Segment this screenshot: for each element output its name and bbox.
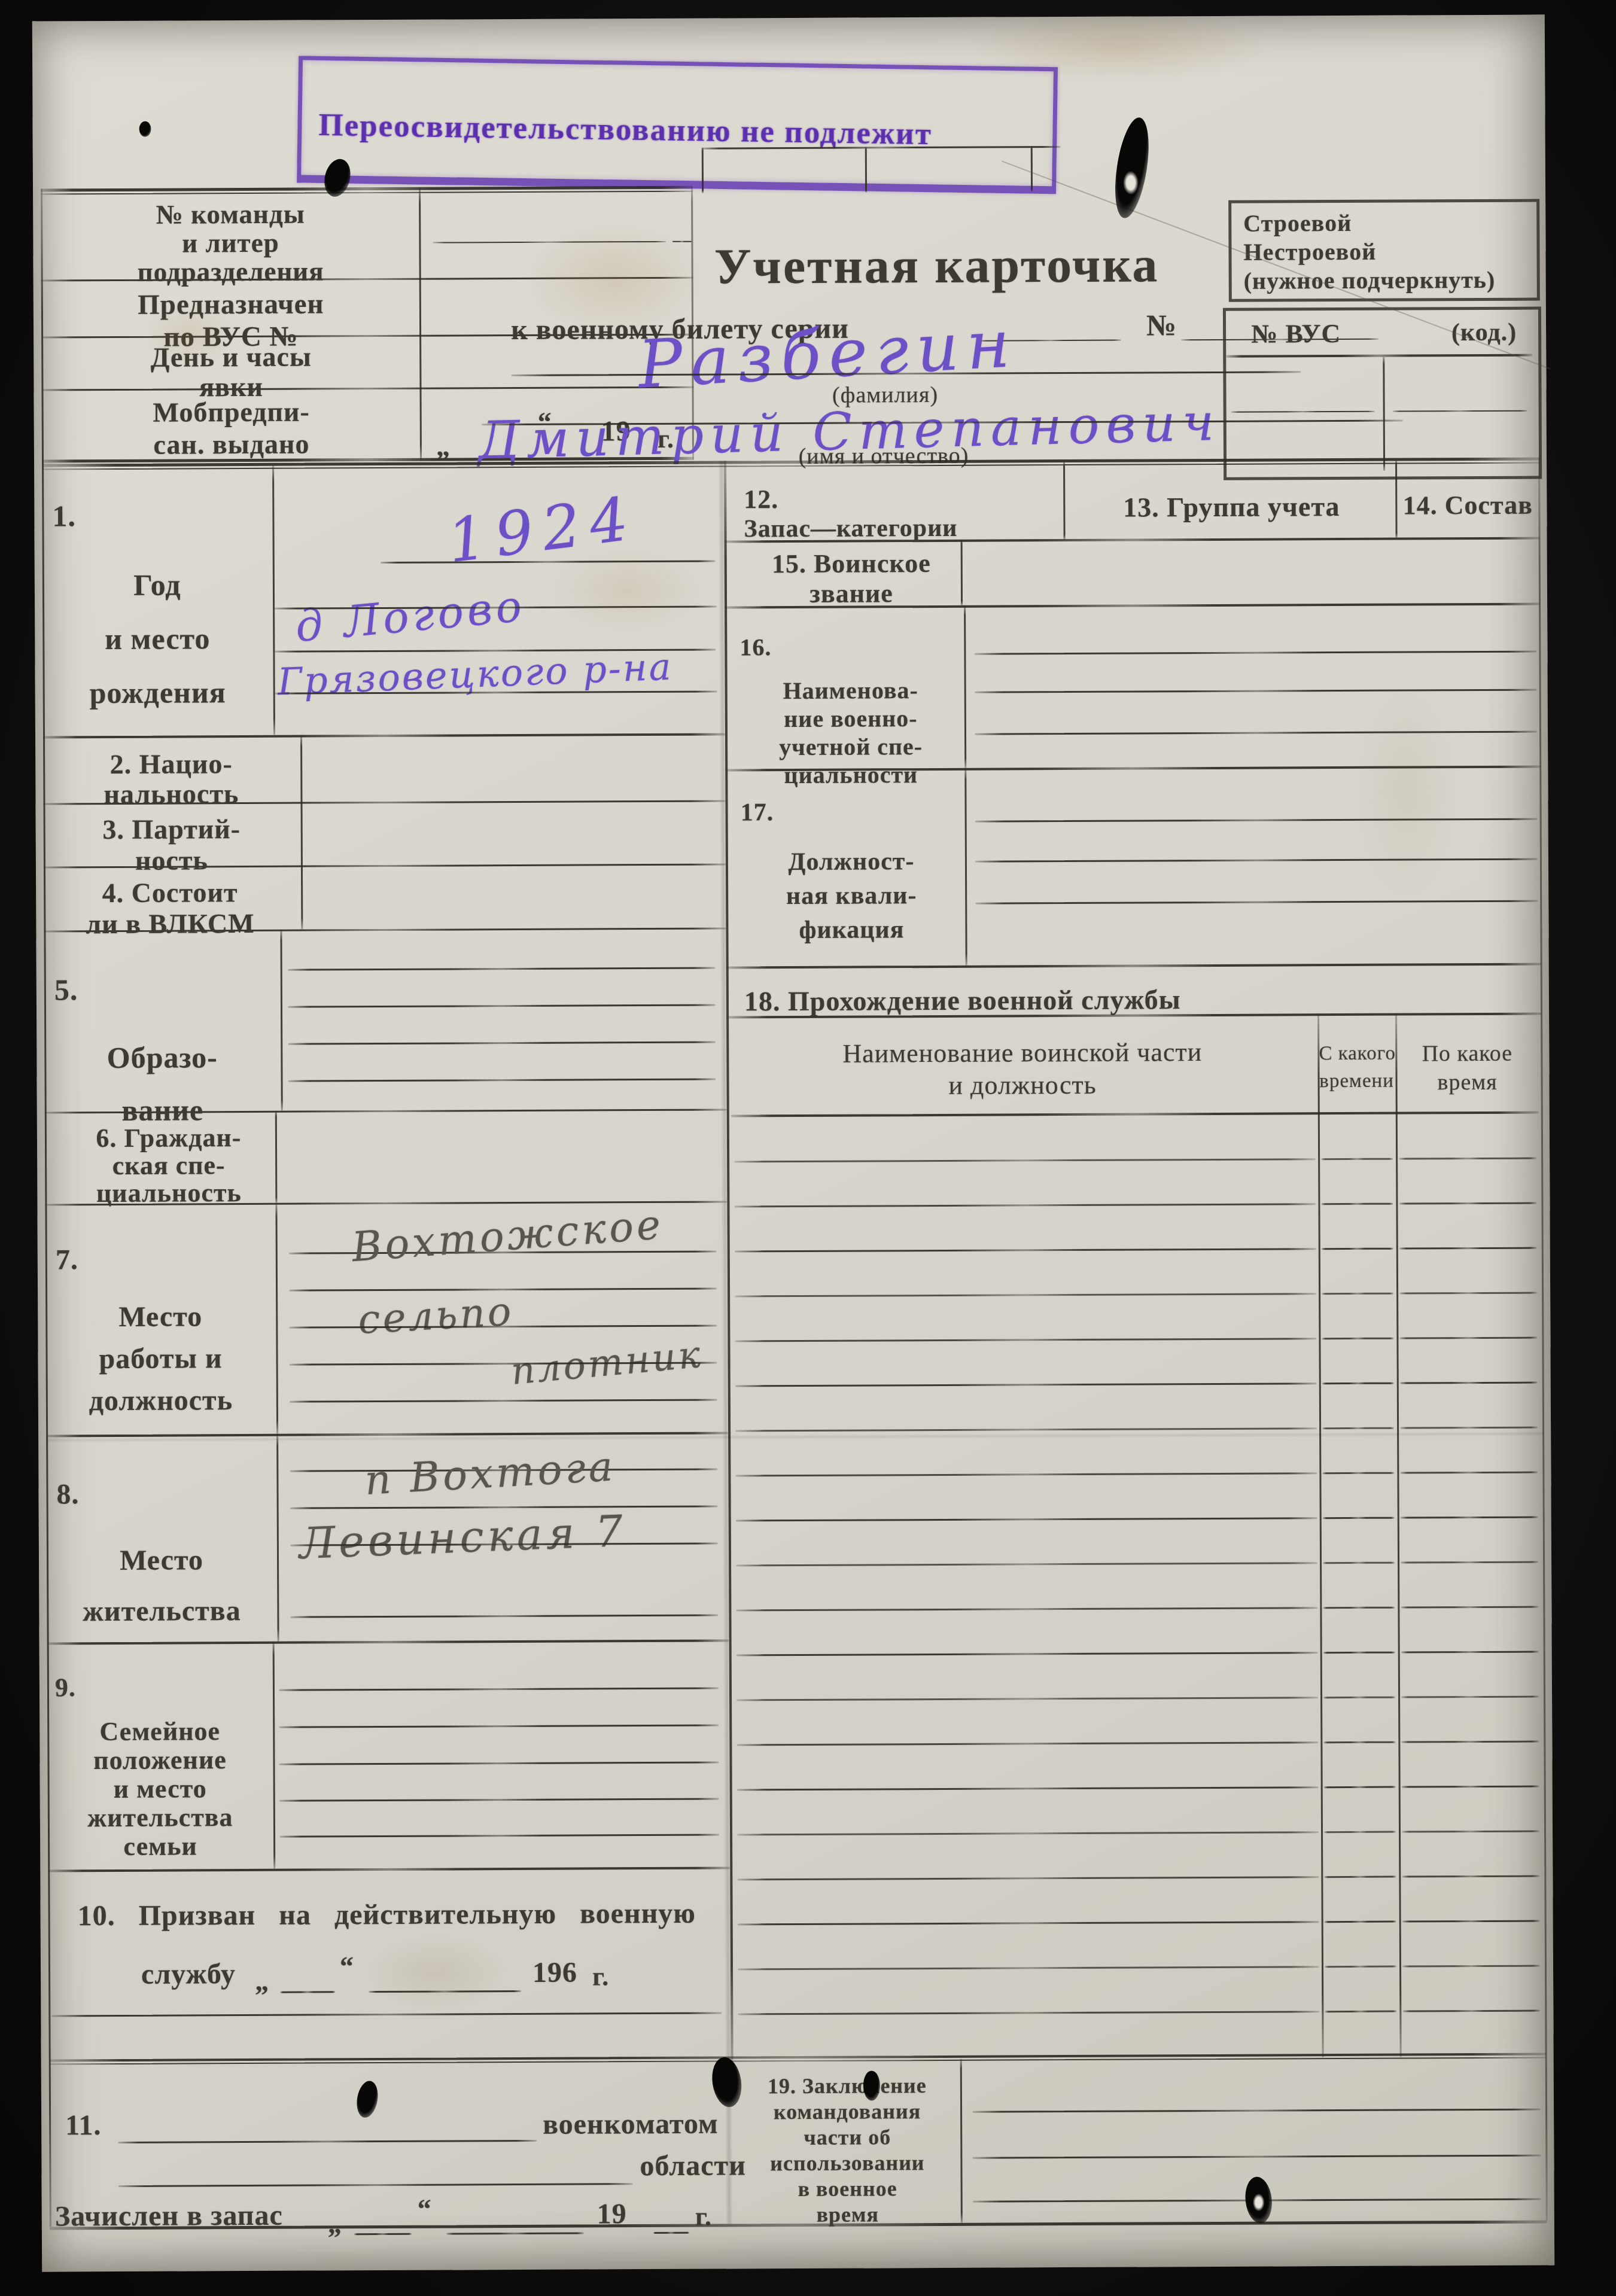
rule: [975, 818, 1538, 823]
field-команды-литер-label: № командыи литерподразделения: [51, 199, 410, 287]
table-rule: [1321, 1158, 1393, 1161]
rule: [702, 148, 704, 193]
section5-label: 5.Образо-вание: [54, 963, 270, 1137]
table-rule: [1325, 1921, 1396, 1923]
cell-divider: [300, 735, 303, 930]
section7-label: 7.Местоработы идолжность: [56, 1238, 266, 1423]
duty-type-box: СтроевойНестроевой(нужное подчеркнуть): [1228, 199, 1540, 302]
section10-word: службу: [141, 1957, 236, 1991]
table-rule: [1322, 1427, 1394, 1430]
table-rule: [735, 1383, 1317, 1387]
table-rule: [1325, 1966, 1396, 1968]
table-rule: [1401, 1696, 1539, 1698]
rule: [288, 1042, 716, 1045]
table-rule: [1402, 1920, 1540, 1923]
rule: [279, 1798, 719, 1802]
rule: [288, 967, 716, 971]
rule: [975, 900, 1538, 905]
residence-street-handwritten: Левинская 7: [298, 1506, 627, 1569]
cell-divider: [273, 1642, 276, 1869]
rule: [279, 1688, 719, 1691]
section9-label: 9.Семейноеположениеи местожительствасемь…: [55, 1673, 265, 1862]
table-rule: [1399, 1202, 1536, 1205]
section13-label: 13. Группа учета: [1070, 491, 1392, 524]
rule: [290, 1506, 718, 1509]
paper-stain: [364, 1933, 508, 2012]
scanned-photo: Переосвидетельствованию не подлежит № ко…: [0, 0, 1616, 2296]
table-rule: [737, 1652, 1318, 1656]
field-мобпредписание-label: Мобпредпи-сан. выдано: [52, 395, 411, 462]
table-rule: [737, 1697, 1318, 1701]
section-border: [43, 733, 725, 738]
punch-hole: [863, 2070, 880, 2100]
rule: [279, 1762, 719, 1765]
table-rule: [1323, 1652, 1395, 1654]
tear-highlight: [1123, 170, 1139, 194]
cell-divider: [275, 1203, 278, 1434]
table-rule: [1322, 1383, 1394, 1385]
section14-label: 14. Состав: [1398, 491, 1537, 522]
paper-speck: [139, 121, 151, 137]
service-table-rules: [32, 15, 1545, 22]
service-table-col3-header: По какоевремя: [1397, 1039, 1537, 1097]
work-org-handwritten: сельпо: [357, 1288, 515, 1343]
cell-divider: [960, 2059, 963, 2223]
vus-box-title: № ВУС: [1251, 319, 1341, 349]
section15-label: 15. Воинскоезвание: [738, 549, 965, 610]
cell-divider: [272, 465, 275, 735]
rule: [972, 2155, 1541, 2159]
table-rule: [737, 1831, 1319, 1835]
section17-label: 17.Должност-ная квали-фикация: [740, 795, 962, 948]
table-rule: [735, 1293, 1316, 1297]
number-sign: №: [1146, 308, 1177, 343]
table-rule: [1400, 1472, 1538, 1474]
blank-line: [1231, 411, 1375, 413]
cell-divider: [964, 768, 967, 966]
box-border: [1226, 354, 1532, 358]
cell-divider: [1063, 462, 1066, 540]
table-rule: [1399, 1337, 1537, 1339]
table-rule: [737, 1876, 1319, 1880]
table-rule: [1323, 1517, 1395, 1519]
rule: [975, 858, 1538, 863]
table-rule: [1400, 1427, 1538, 1429]
table-rule: [1401, 1651, 1539, 1654]
section11-year: 19: [597, 2197, 627, 2230]
table-rule: [1323, 1562, 1395, 1564]
birth-place-line1-handwritten: д Логово: [293, 580, 527, 651]
quote-open: „: [328, 2208, 342, 2240]
box-divider: [1383, 357, 1385, 471]
table-rule: [1322, 1248, 1393, 1250]
table-rule: [738, 1921, 1319, 1925]
section10-year-suffix: г.: [592, 1962, 609, 1992]
rule: [51, 2012, 722, 2017]
table-rule: [736, 1607, 1317, 1611]
quote-open: „: [436, 431, 451, 462]
table-rule: [735, 1427, 1317, 1432]
section11-enlist: Зачислен в запас: [55, 2199, 283, 2233]
section18-title: 18. Прохождение военной службы: [744, 984, 1181, 1018]
table-rule: [1322, 1293, 1393, 1295]
table-rule: [736, 1562, 1317, 1566]
table-rule: [1325, 2011, 1396, 2013]
section-border: [726, 963, 1542, 969]
tear-highlight: [1253, 2194, 1265, 2212]
cell-divider: [964, 605, 966, 768]
blank-line: [446, 2233, 584, 2235]
rule: [290, 1615, 718, 1618]
table-rule: [1399, 1158, 1536, 1160]
fold-shadow: [718, 461, 733, 2224]
box-divider: [419, 187, 422, 461]
rule: [974, 651, 1536, 655]
cell-divider: [280, 930, 282, 1111]
table-rule: [1322, 1338, 1393, 1340]
vus-code-box: № ВУС (код.): [1223, 307, 1542, 480]
table-rule: [1402, 1965, 1540, 1968]
table-rule: [735, 1472, 1317, 1476]
cell-divider: [276, 1434, 279, 1642]
table-column-divider: [1395, 1013, 1402, 2057]
service-table-col2-header: С какоговремени: [1319, 1040, 1394, 1095]
table-rule: [1322, 1472, 1394, 1475]
revision-stamp: Переосвидетельствованию не подлежит: [297, 56, 1058, 194]
table-header-border: [731, 1112, 1539, 1117]
section3-label: 3. Партий-ность: [49, 814, 294, 877]
residence-settlement-handwritten: п Вохтога: [364, 1443, 617, 1505]
service-table-col1-header: Наименование воинской частии должность: [734, 1036, 1311, 1103]
rule: [975, 731, 1537, 735]
table-rule: [1401, 1517, 1538, 1519]
table-rule: [737, 1786, 1319, 1790]
rule: [288, 1004, 716, 1008]
blank-line: [1393, 410, 1527, 412]
section12-num: 12.: [744, 485, 778, 515]
rule: [865, 147, 867, 192]
right-border: [1538, 458, 1548, 2221]
table-rule: [1321, 1203, 1393, 1205]
duty-type-lines: СтроевойНестроевой(нужное подчеркнуть): [1243, 208, 1525, 296]
table-rule: [1401, 1606, 1538, 1609]
field-день-явки-label: День и часыявки: [51, 342, 410, 403]
table-rule: [736, 1517, 1317, 1521]
section11-num: 11.: [65, 2109, 102, 2142]
blank-line: [433, 241, 666, 243]
quote-close: “: [340, 1951, 354, 1983]
table-rule: [738, 1966, 1319, 1970]
rule: [975, 689, 1537, 693]
blank-line: [354, 2233, 412, 2235]
table-rule: [1402, 1831, 1539, 1833]
section8-label: 8.Местожительства: [56, 1468, 266, 1637]
section12-label: Запас—категории: [744, 514, 957, 544]
card-title: Учетная карточка: [664, 236, 1209, 297]
rule: [288, 1079, 716, 1082]
blank-line: [280, 1991, 335, 1993]
work-place-handwritten: Вохтожское: [350, 1201, 665, 1271]
table-rule: [1399, 1247, 1537, 1250]
stamp-text: Переосвидетельствованию не подлежит: [318, 107, 932, 152]
section1-label: 1.Годи месторождения: [52, 488, 263, 720]
table-rule: [1324, 1876, 1396, 1878]
blank-line: [653, 2232, 689, 2234]
blank-line: [369, 1990, 521, 1993]
paper-stain: [1352, 673, 1460, 901]
blank-line: [118, 2140, 537, 2143]
section2-label: 2. Нацио-нальность: [48, 749, 294, 810]
table-rule: [1401, 1561, 1538, 1564]
table-rule: [1399, 1292, 1537, 1295]
table-rule: [1402, 1875, 1539, 1878]
table-rule: [1323, 1741, 1395, 1744]
rule: [279, 1834, 719, 1838]
table-rule: [1402, 2010, 1540, 2012]
table-rule: [1400, 1382, 1538, 1384]
section11-year-suffix: г.: [695, 2202, 712, 2233]
section-border: [47, 1639, 729, 1645]
section-border: [48, 1866, 730, 1872]
paper-tear: [1109, 115, 1154, 221]
table-rule: [734, 1158, 1316, 1162]
table-rule: [1323, 1697, 1395, 1699]
punch-hole: [354, 2079, 381, 2120]
blank-line: [118, 2183, 633, 2187]
table-rule: [1402, 1786, 1539, 1788]
rule: [290, 1399, 717, 1403]
section10-year: 196: [532, 1956, 577, 1990]
quote-close: “: [418, 2194, 432, 2225]
rule: [279, 1725, 719, 1728]
table-rule: [738, 2011, 1319, 2015]
table-rule: [1323, 1607, 1395, 1609]
rule: [1031, 146, 1033, 191]
section4-label: 4. Состоитли в ВЛКСМ: [44, 877, 296, 940]
table-rule: [735, 1248, 1316, 1252]
birth-place-line2-handwritten: Грязовецкого р-на: [276, 644, 673, 704]
table-column-divider: [1317, 1013, 1324, 2057]
section6-label: 6. Граждан-ская спе-циальность: [49, 1124, 289, 1208]
cell-divider: [961, 540, 963, 605]
rule: [972, 2109, 1541, 2113]
quote-open: „: [255, 1966, 269, 1997]
table-rule: [734, 1203, 1316, 1207]
section11-word1: военкоматом: [543, 2108, 719, 2141]
section16-label: 16.Наименова-ние военно-учетной спе-циал…: [739, 632, 961, 790]
table-rule: [1401, 1741, 1539, 1743]
table-rule: [1324, 1786, 1396, 1789]
section19-label: 19. Заключениекомандованиячасти обисполь…: [742, 2073, 952, 2228]
paper-tear: [709, 2055, 745, 2109]
table-rule: [735, 1338, 1316, 1342]
registration-card: Переосвидетельствованию не подлежит № ко…: [32, 15, 1554, 2272]
left-border: [41, 188, 51, 2227]
cell-divider: [1395, 461, 1398, 538]
table-rule: [1324, 1831, 1396, 1834]
section10-line1: 10. Призван на действительную военную: [78, 1896, 727, 1932]
table-rule: [737, 1741, 1318, 1746]
